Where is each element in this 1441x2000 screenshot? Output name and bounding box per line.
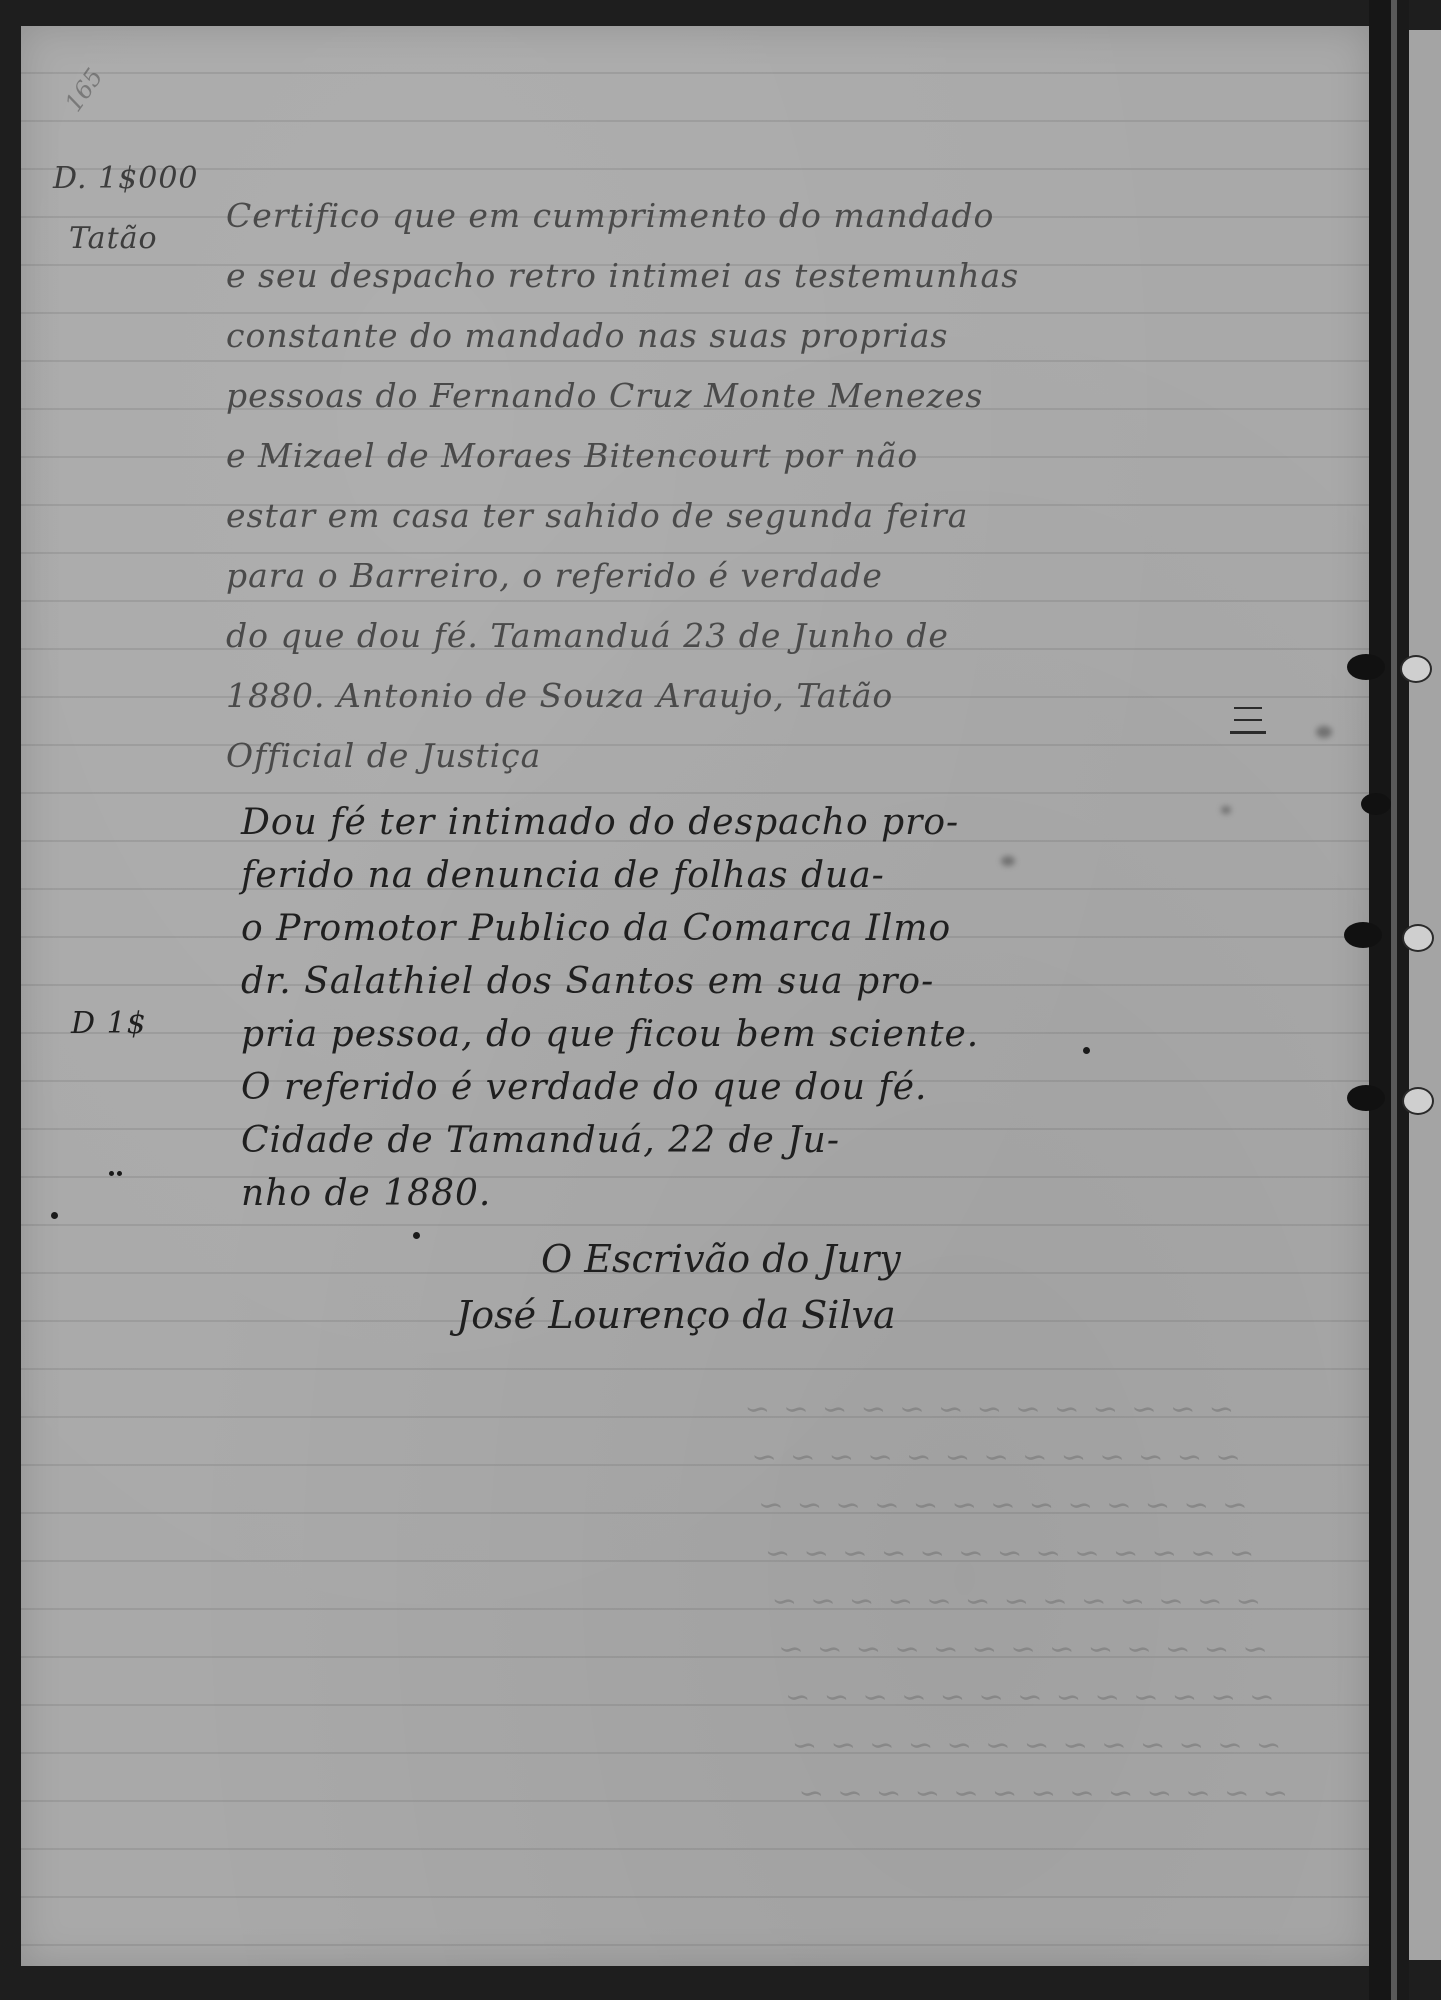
intimation-line: pria pessoa, do que ficou bem sciente. bbox=[241, 1008, 979, 1061]
certificate-line: constante do mandado nas suas proprias bbox=[226, 306, 1019, 366]
stain bbox=[1316, 726, 1332, 738]
certificate-line: para o Barreiro, o referido é verdade bbox=[226, 546, 1019, 606]
bleed-through-text: ~ ~ ~ ~ ~ ~ ~ ~ ~ ~ ~ ~ ~ ~ ~ ~ ~ ~ ~ ~ … bbox=[231, 1386, 1292, 1818]
ink-dot bbox=[413, 1232, 420, 1239]
margin-note-fee: D. 1$000 bbox=[53, 161, 199, 196]
margin-note-intimation-fee: D 1$ bbox=[71, 1006, 147, 1041]
binding-hole bbox=[1344, 922, 1382, 948]
tear-mark bbox=[1234, 707, 1262, 709]
document-page: 165 D. 1$000 Tatão Certifico que em cump… bbox=[21, 26, 1369, 1966]
signature-name: José Lourenço da Silva bbox=[451, 1287, 901, 1343]
binding-spine bbox=[1369, 0, 1391, 2000]
binding-hole bbox=[1361, 793, 1391, 815]
intimation-line: Dou fé ter intimado do despacho pro- bbox=[241, 796, 979, 849]
certificate-line: e Mizael de Moraes Bitencourt por não bbox=[226, 426, 1019, 486]
certificate-line: Official de Justiça bbox=[226, 726, 1019, 786]
binding-hole bbox=[1400, 655, 1432, 683]
ink-dot bbox=[51, 1212, 58, 1219]
binding-hole bbox=[1347, 654, 1385, 680]
certificate-line: e seu despacho retro intimei as testemun… bbox=[226, 246, 1019, 306]
ink-dot bbox=[117, 1171, 122, 1176]
page-number: 165 bbox=[59, 63, 108, 117]
signature-block: O Escrivão do Jury José Lourenço da Silv… bbox=[541, 1231, 901, 1343]
stain bbox=[1001, 856, 1015, 866]
intimation-line: Cidade de Tamanduá, 22 de Ju- bbox=[241, 1114, 979, 1167]
ink-dot bbox=[109, 1171, 114, 1176]
binding-hole bbox=[1402, 924, 1434, 952]
intimation-line: ferido na denuncia de folhas dua- bbox=[241, 849, 979, 902]
binding-spine-inner bbox=[1397, 0, 1409, 2000]
ink-dot bbox=[1083, 1047, 1090, 1054]
signature-title: O Escrivão do Jury bbox=[541, 1231, 901, 1287]
binding-hole bbox=[1402, 1087, 1434, 1115]
margin-note-signer: Tatão bbox=[69, 221, 158, 256]
binding-hole bbox=[1347, 1085, 1385, 1111]
certificate-text: Certifico que em cumprimento do mandado … bbox=[226, 186, 1019, 786]
tear-mark bbox=[1230, 731, 1266, 734]
certificate-line: 1880. Antonio de Souza Araujo, Tatão bbox=[226, 666, 1019, 726]
adjacent-page-edge bbox=[1409, 30, 1441, 1960]
intimation-text: Dou fé ter intimado do despacho pro- fer… bbox=[241, 796, 979, 1220]
intimation-line: dr. Salathiel dos Santos em sua pro- bbox=[241, 955, 979, 1008]
intimation-line: nho de 1880. bbox=[241, 1167, 979, 1220]
certificate-line: Certifico que em cumprimento do mandado bbox=[226, 186, 1019, 246]
intimation-line: o Promotor Publico da Comarca Ilmo bbox=[241, 902, 979, 955]
certificate-line: estar em casa ter sahido de segunda feir… bbox=[226, 486, 1019, 546]
tear-mark bbox=[1234, 719, 1262, 721]
certificate-line: pessoas do Fernando Cruz Monte Menezes bbox=[226, 366, 1019, 426]
intimation-line: O referido é verdade do que dou fé. bbox=[241, 1061, 979, 1114]
stain bbox=[1221, 806, 1231, 814]
certificate-line: do que dou fé. Tamanduá 23 de Junho de bbox=[226, 606, 1019, 666]
